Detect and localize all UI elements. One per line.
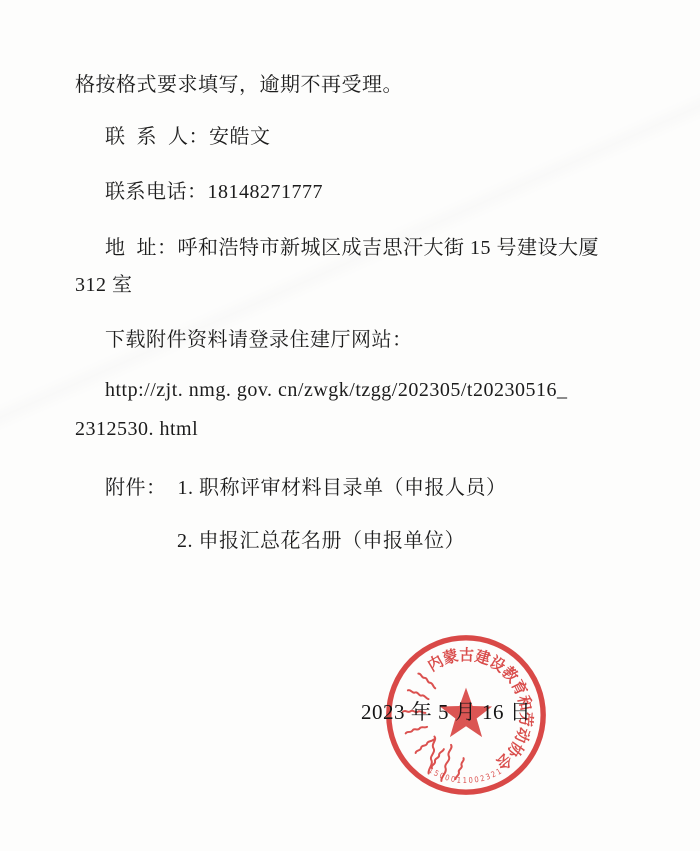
website-intro-line: 下载附件资料请登录住建厅网站： <box>105 323 413 352</box>
address-line: 地 址：呼和浩特市新城区成吉思汗大街 15 号建设大厦 <box>105 231 599 260</box>
attachment-url-line-1: http://zjt. nmg. gov. cn/zwgk/tzgg/20230… <box>105 379 567 402</box>
contact-person-line: 联 系 人：安皓文 <box>105 120 271 149</box>
seal-number: 1500011002321 <box>427 766 504 785</box>
attachment-url-line-2: 2312530. html <box>75 418 198 441</box>
intro-continuation-line: 格按格式要求填写，逾期不再受理。 <box>75 68 403 97</box>
attachment-item-2: 2. 申报汇总花名册（申报单位） <box>177 524 465 553</box>
scanned-document-page: 格按格式要求填写，逾期不再受理。 联 系 人：安皓文 联系电话：18148271… <box>0 0 700 851</box>
date-line: 2023 年 5 月 16 日 <box>361 696 531 726</box>
attachment-item-1: 附件： 1. 职称评审材料目录单（申报人员） <box>105 471 507 500</box>
contact-phone-line: 联系电话：18148271777 <box>105 175 323 204</box>
address-line-wrap: 312 室 <box>75 268 133 297</box>
